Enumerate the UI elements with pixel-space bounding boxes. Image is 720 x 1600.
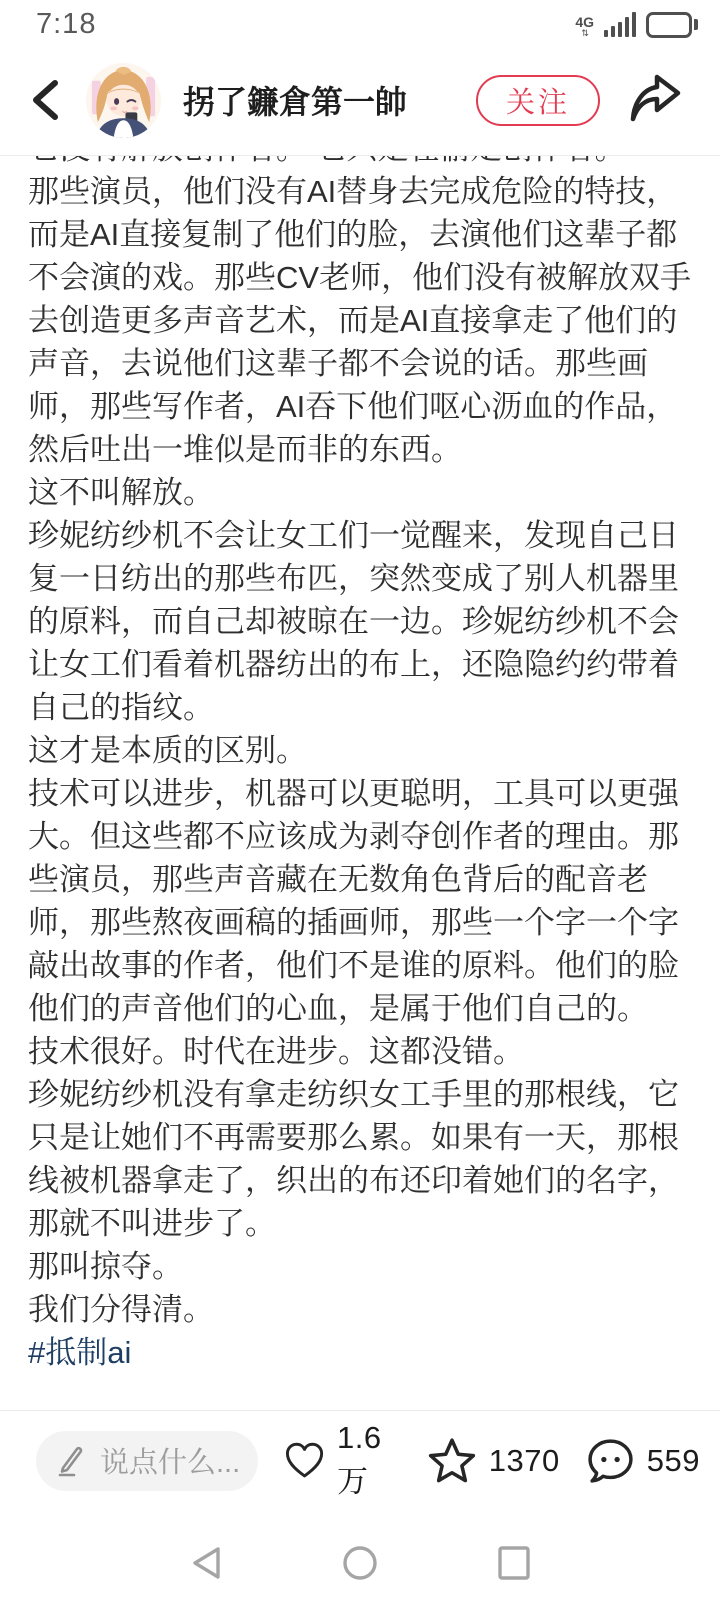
hashtag-link[interactable]: #抵制ai: [28, 1331, 692, 1374]
comment-action[interactable]: 559: [586, 1437, 700, 1485]
avatar[interactable]: [86, 63, 161, 138]
follow-button[interactable]: 关注: [476, 75, 600, 126]
back-button[interactable]: [28, 78, 64, 122]
post-text: 它没有解放创作者。 它只是在偷走创作者。那些演员，他们没有AI替身去完成危险的特…: [28, 156, 692, 1331]
post-paragraph: 那叫掠夺。: [28, 1245, 692, 1288]
app-screen: 7:18 4G ⇅: [0, 0, 720, 1600]
post-paragraph: 技术很好。时代在进步。这都没错。: [28, 1030, 692, 1073]
chevron-left-icon: [28, 78, 62, 122]
square-icon: [496, 1545, 532, 1581]
triangle-icon: [190, 1545, 222, 1581]
status-bar: 7:18 4G ⇅: [0, 0, 720, 45]
status-icons: 4G ⇅: [575, 11, 698, 39]
collect-count: 1370: [489, 1443, 560, 1479]
comment-placeholder: 说点什么...: [100, 1440, 240, 1481]
heart-outline-icon: [284, 1437, 325, 1484]
action-bar: 说点什么... 1.6万 1370 559: [0, 1410, 720, 1510]
network-indicator: 4G ⇅: [575, 15, 594, 38]
star-outline-icon: [427, 1437, 477, 1485]
post-paragraph: 我们分得清。: [28, 1288, 692, 1331]
circle-icon: [342, 1545, 378, 1581]
post-content[interactable]: 它没有解放创作者。 它只是在偷走创作者。那些演员，他们没有AI替身去完成危险的特…: [0, 156, 720, 1410]
comment-count: 559: [647, 1443, 700, 1479]
chat-bubble-icon: [586, 1437, 635, 1485]
post-paragraph: 那些演员，他们没有AI替身去完成危险的特技，而是AI直接复制了他们的脸，去演他们…: [28, 170, 692, 471]
username[interactable]: 拐了鐮倉第一帥: [183, 77, 476, 123]
signal-bars-icon: [604, 11, 636, 37]
share-button[interactable]: [628, 74, 682, 126]
share-forward-icon: [628, 74, 682, 126]
nav-recents-button[interactable]: [437, 1545, 591, 1581]
network-type-label: 4G: [575, 15, 594, 29]
post-paragraph: 技术可以进步，机器可以更聪明，工具可以更强大。但这些都不应该成为剥夺创作者的理由…: [28, 772, 692, 1030]
collect-action[interactable]: 1370: [427, 1437, 560, 1485]
status-time: 7:18: [36, 8, 96, 41]
post-paragraph: 它没有解放创作者。 它只是在偷走创作者。: [28, 156, 692, 170]
android-nav-bar: [0, 1510, 720, 1600]
battery-icon: [646, 12, 698, 38]
network-arrows-icon: ⇅: [581, 29, 588, 38]
nav-back-button[interactable]: [129, 1545, 283, 1581]
like-count: 1.6万: [337, 1420, 401, 1501]
post-paragraph: 珍妮纺纱机没有拿走纺织女工手里的那根线，它只是让她们不再需要那么累。如果有一天，…: [28, 1073, 692, 1245]
post-paragraph: 这才是本质的区别。: [28, 729, 692, 772]
nav-home-button[interactable]: [283, 1545, 437, 1581]
comment-input[interactable]: 说点什么...: [36, 1431, 258, 1491]
pencil-icon: [54, 1444, 88, 1478]
post-header: 拐了鐮倉第一帥 关注: [0, 45, 720, 156]
post-paragraph: 这不叫解放。: [28, 471, 692, 514]
avatar-image: [86, 63, 161, 138]
like-action[interactable]: 1.6万: [284, 1420, 401, 1501]
post-paragraph: 珍妮纺纱机不会让女工们一觉醒来，发现自己日复一日纺出的那些布匹，突然变成了别人机…: [28, 514, 692, 729]
